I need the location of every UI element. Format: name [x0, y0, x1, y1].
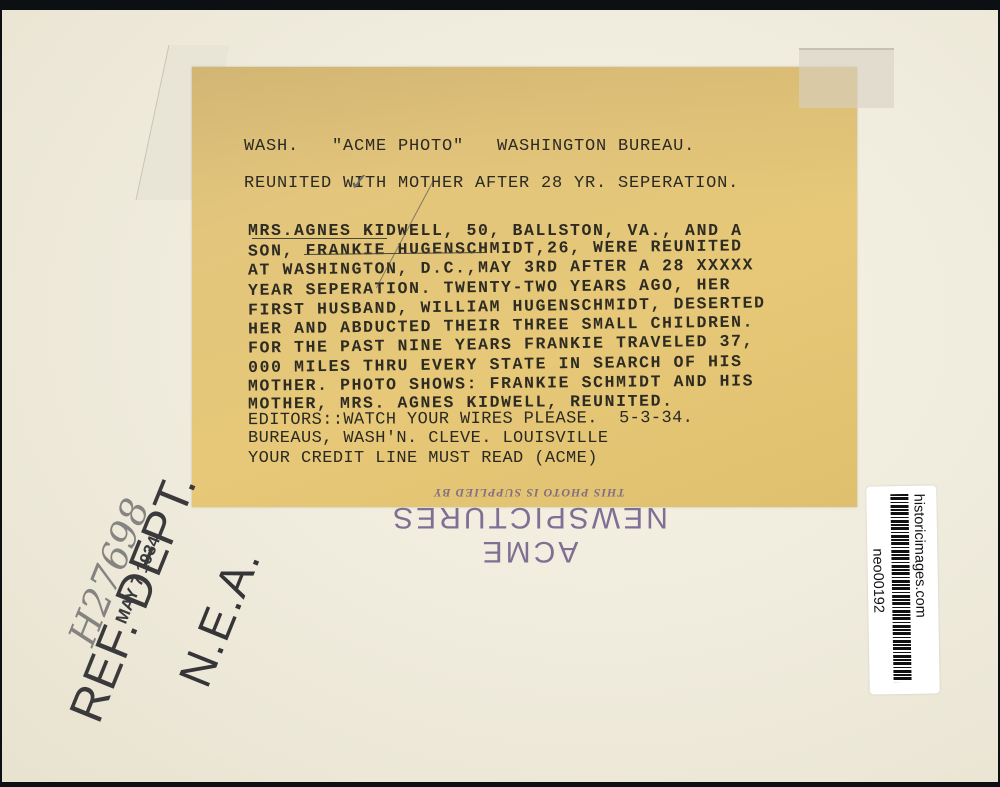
tape-strip-right [799, 48, 894, 108]
barcode-site: historicimages.com [910, 494, 928, 618]
barcode-icon [890, 494, 911, 682]
photo-back: WASH. "ACME PHOTO" WASHINGTON BUREAU. RE… [2, 10, 998, 782]
acme-stamp-main: ACME NEWSPICTURES [364, 500, 694, 568]
caption-headline: REUNITED WITH MOTHER AFTER 28 YR. SEPERA… [244, 174, 739, 193]
underline-mark [252, 238, 387, 239]
caption-editors-note: EDITORS::WATCH YOUR WIRES PLEASE. 5-3-34… [248, 409, 693, 430]
ref-dept-stamp: H27698 REF. DEPT. MAY 7 1934 N.E.A. [32, 440, 292, 730]
ref-dept-org: N.E.A. [167, 540, 271, 695]
acme-newspictures-stamp: ACME NEWSPICTURES THIS PHOTO IS SUPPLIED… [364, 498, 694, 568]
caption-bureaus-line: BUREAUS, WASH'N. CLEVE. LOUISVILLE [248, 429, 608, 448]
caption-header: WASH. "ACME PHOTO" WASHINGTON BUREAU. [244, 137, 695, 156]
checkmark-icon: ✓ [349, 168, 379, 208]
barcode-code: neo00192 [869, 548, 886, 613]
caption-credit-line: YOUR CREDIT LINE MUST READ (ACME) [248, 449, 598, 468]
barcode-label: historicimages.com neo00192 [866, 485, 940, 694]
acme-stamp-sub: THIS PHOTO IS SUPPLIED BY [364, 485, 694, 500]
